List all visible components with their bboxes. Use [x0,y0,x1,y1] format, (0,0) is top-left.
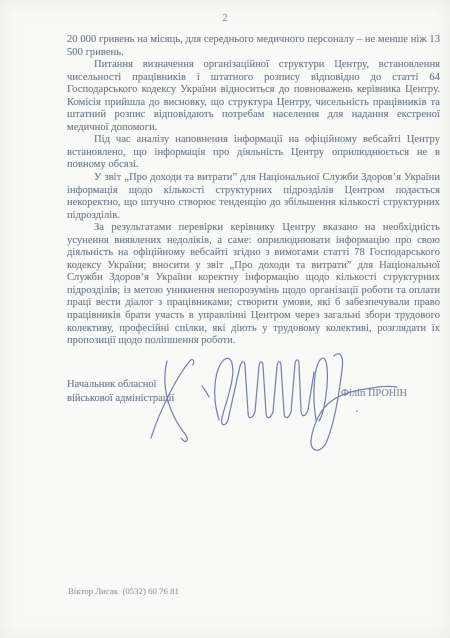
paragraph: У звіт „Про доходи та витрати” для Націо… [67,172,440,222]
signer-title-line2: військової адміністрації [67,392,174,406]
document-body: 20 000 гривень на місяць, для середнього… [67,34,440,348]
signer-name: Філіп ПРОНІН [341,388,407,399]
paragraph: За результатами перевірки керівнику Цент… [67,222,440,347]
signer-title-line1: Начальник обласної [67,378,174,392]
paragraph: Питання визначення організаційної структ… [67,59,440,134]
footer-contact: Віктор Лисак (0532) 60 76 81 [68,586,179,596]
paragraph: 20 000 гривень на місяць, для середнього… [67,34,440,59]
signer-title: Начальник обласної військової адміністра… [67,378,174,405]
page-number: 2 [0,13,450,24]
scanned-document-page: 2 20 000 гривень на місяць, для середньо… [0,0,450,638]
paragraph: Під час аналізу наповнення інформації на… [67,134,440,172]
